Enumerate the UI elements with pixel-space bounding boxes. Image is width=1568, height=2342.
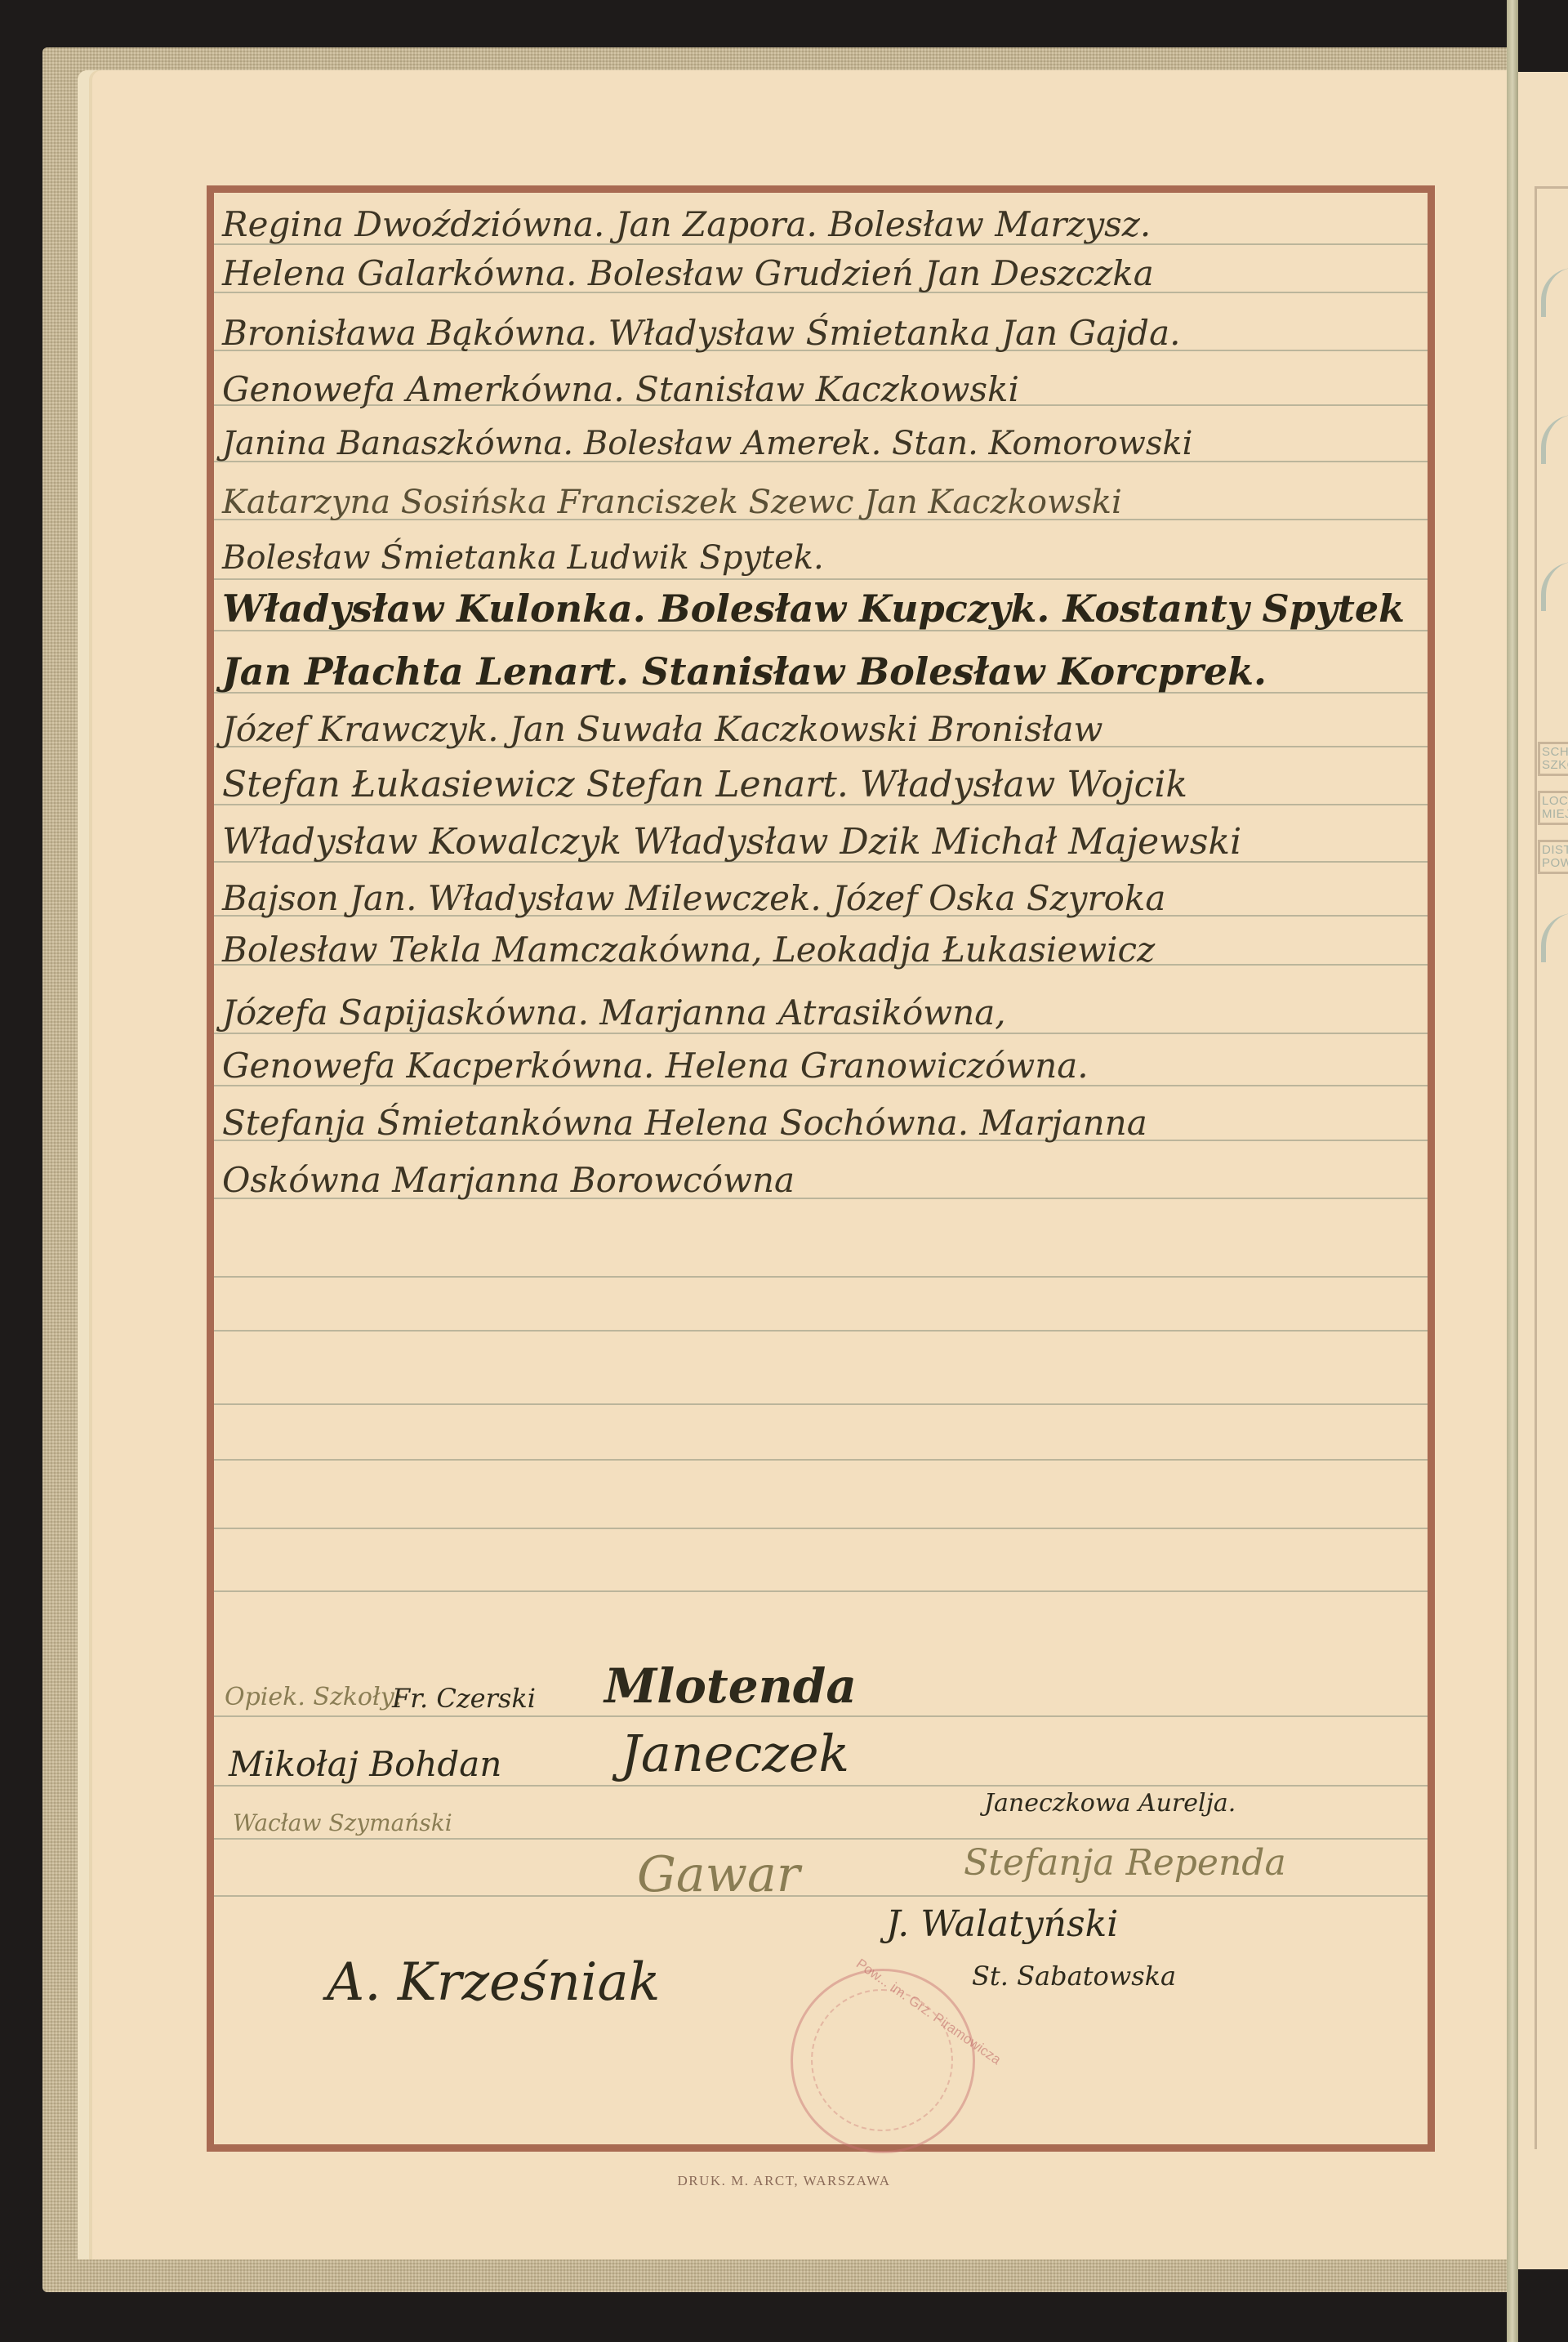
guardian-signature: Mlotenda bbox=[604, 1658, 857, 1714]
names-line-1: Regina Dwoździówna. Jan Zapora. Bolesław… bbox=[222, 204, 1414, 244]
next-page-border bbox=[1535, 186, 1568, 2149]
names-line-15: Józefa Sapijaskówna. Marjanna Atrasikówn… bbox=[222, 993, 1414, 1033]
signature-line-3: Wacław Szymański bbox=[233, 1809, 452, 1836]
names-line-10: Józef Krawczyk. Jan Suwała Kaczkowski Br… bbox=[222, 709, 1414, 749]
names-line-7: Bolesław Śmietanka Ludwik Spytek. bbox=[222, 539, 1414, 577]
names-line-18: Oskówna Marjanna Borowcówna bbox=[222, 1160, 1414, 1200]
names-line-16: Genowefa Kacperkówna. Helena Granowiczów… bbox=[222, 1046, 1414, 1086]
names-line-8: Władysław Kulonka. Bolesław Kupczyk. Kos… bbox=[222, 587, 1414, 631]
signature-krzesniak: A. Krześniak bbox=[327, 1952, 660, 2013]
signature-janeczkowa: Janeczkowa Aurelja. bbox=[984, 1789, 1236, 1818]
next-page-label-locality: LOCA MIEJS bbox=[1538, 791, 1568, 825]
names-line-2: Helena Galarkówna. Bolesław Grudzień Jan… bbox=[222, 253, 1414, 293]
ruled-line bbox=[214, 1330, 1428, 1332]
ruled-line bbox=[214, 1403, 1428, 1405]
school-guardian-label: Opiek. Szkoły: bbox=[225, 1683, 403, 1711]
names-line-9: Jan Płachta Lenart. Stanisław Bolesław K… bbox=[222, 649, 1414, 694]
ruled-line bbox=[214, 1838, 1428, 1840]
names-line-6: Katarzyna Sosińska Franciszek Szewc Jan … bbox=[222, 484, 1414, 521]
printer-imprint: DRUK. M. ARCT, WARSZAWA bbox=[0, 2173, 1568, 2189]
ruled-line bbox=[214, 1528, 1428, 1529]
ruled-line bbox=[214, 578, 1428, 580]
ruled-line bbox=[214, 1590, 1428, 1592]
ruled-line bbox=[214, 1785, 1428, 1787]
ruled-line bbox=[214, 1715, 1428, 1717]
signature-line-2: Mikołaj Bohdan bbox=[229, 1744, 501, 1784]
next-page-label-district: DISTR POWI bbox=[1538, 840, 1568, 874]
next-page-label-school: SCHO SZKO bbox=[1538, 742, 1568, 776]
official-stamp: Pow... im. Grz. Piramowicza bbox=[791, 1969, 975, 2153]
names-line-11: Stefan Łukasiewicz Stefan Lenart. Władys… bbox=[222, 764, 1414, 805]
names-line-12: Władysław Kowalczyk Władysław Dzik Micha… bbox=[222, 821, 1414, 863]
signature-gawar: Gawar bbox=[637, 1846, 800, 1903]
next-page-fragment: SCHO SZKO LOCA MIEJS DISTR POWI bbox=[1518, 72, 1568, 2269]
names-line-14: Bolesław Tekla Mamczakówna, Leokadja Łuk… bbox=[222, 930, 1414, 970]
names-line-4: Genowefa Amerkówna. Stanisław Kaczkowski bbox=[222, 369, 1414, 409]
signature-janeczek: Janeczek bbox=[621, 1724, 849, 1783]
signature-rependa: Stefanja Rependa bbox=[964, 1842, 1286, 1884]
signature-sabatowska: St. Sabatowska bbox=[972, 1961, 1176, 1992]
names-line-13: Bajson Jan. Władysław Milewczek. Józef O… bbox=[222, 878, 1414, 918]
ruled-line bbox=[214, 1033, 1428, 1034]
signature-walatynski: J. Walatyński bbox=[886, 1903, 1118, 1945]
ruled-line bbox=[214, 1276, 1428, 1278]
names-line-3: Bronisława Bąkówna. Władysław Śmietanka … bbox=[222, 313, 1414, 353]
book-gutter bbox=[1507, 0, 1518, 2342]
names-line-5: Janina Banaszkówna. Bolesław Amerek. Sta… bbox=[222, 425, 1414, 462]
school-guardian-name: Fr. Czerski bbox=[392, 1683, 536, 1714]
ruled-line bbox=[214, 1459, 1428, 1461]
names-line-17: Stefanja Śmietankówna Helena Sochówna. M… bbox=[222, 1103, 1414, 1143]
ruled-line bbox=[214, 1895, 1428, 1897]
